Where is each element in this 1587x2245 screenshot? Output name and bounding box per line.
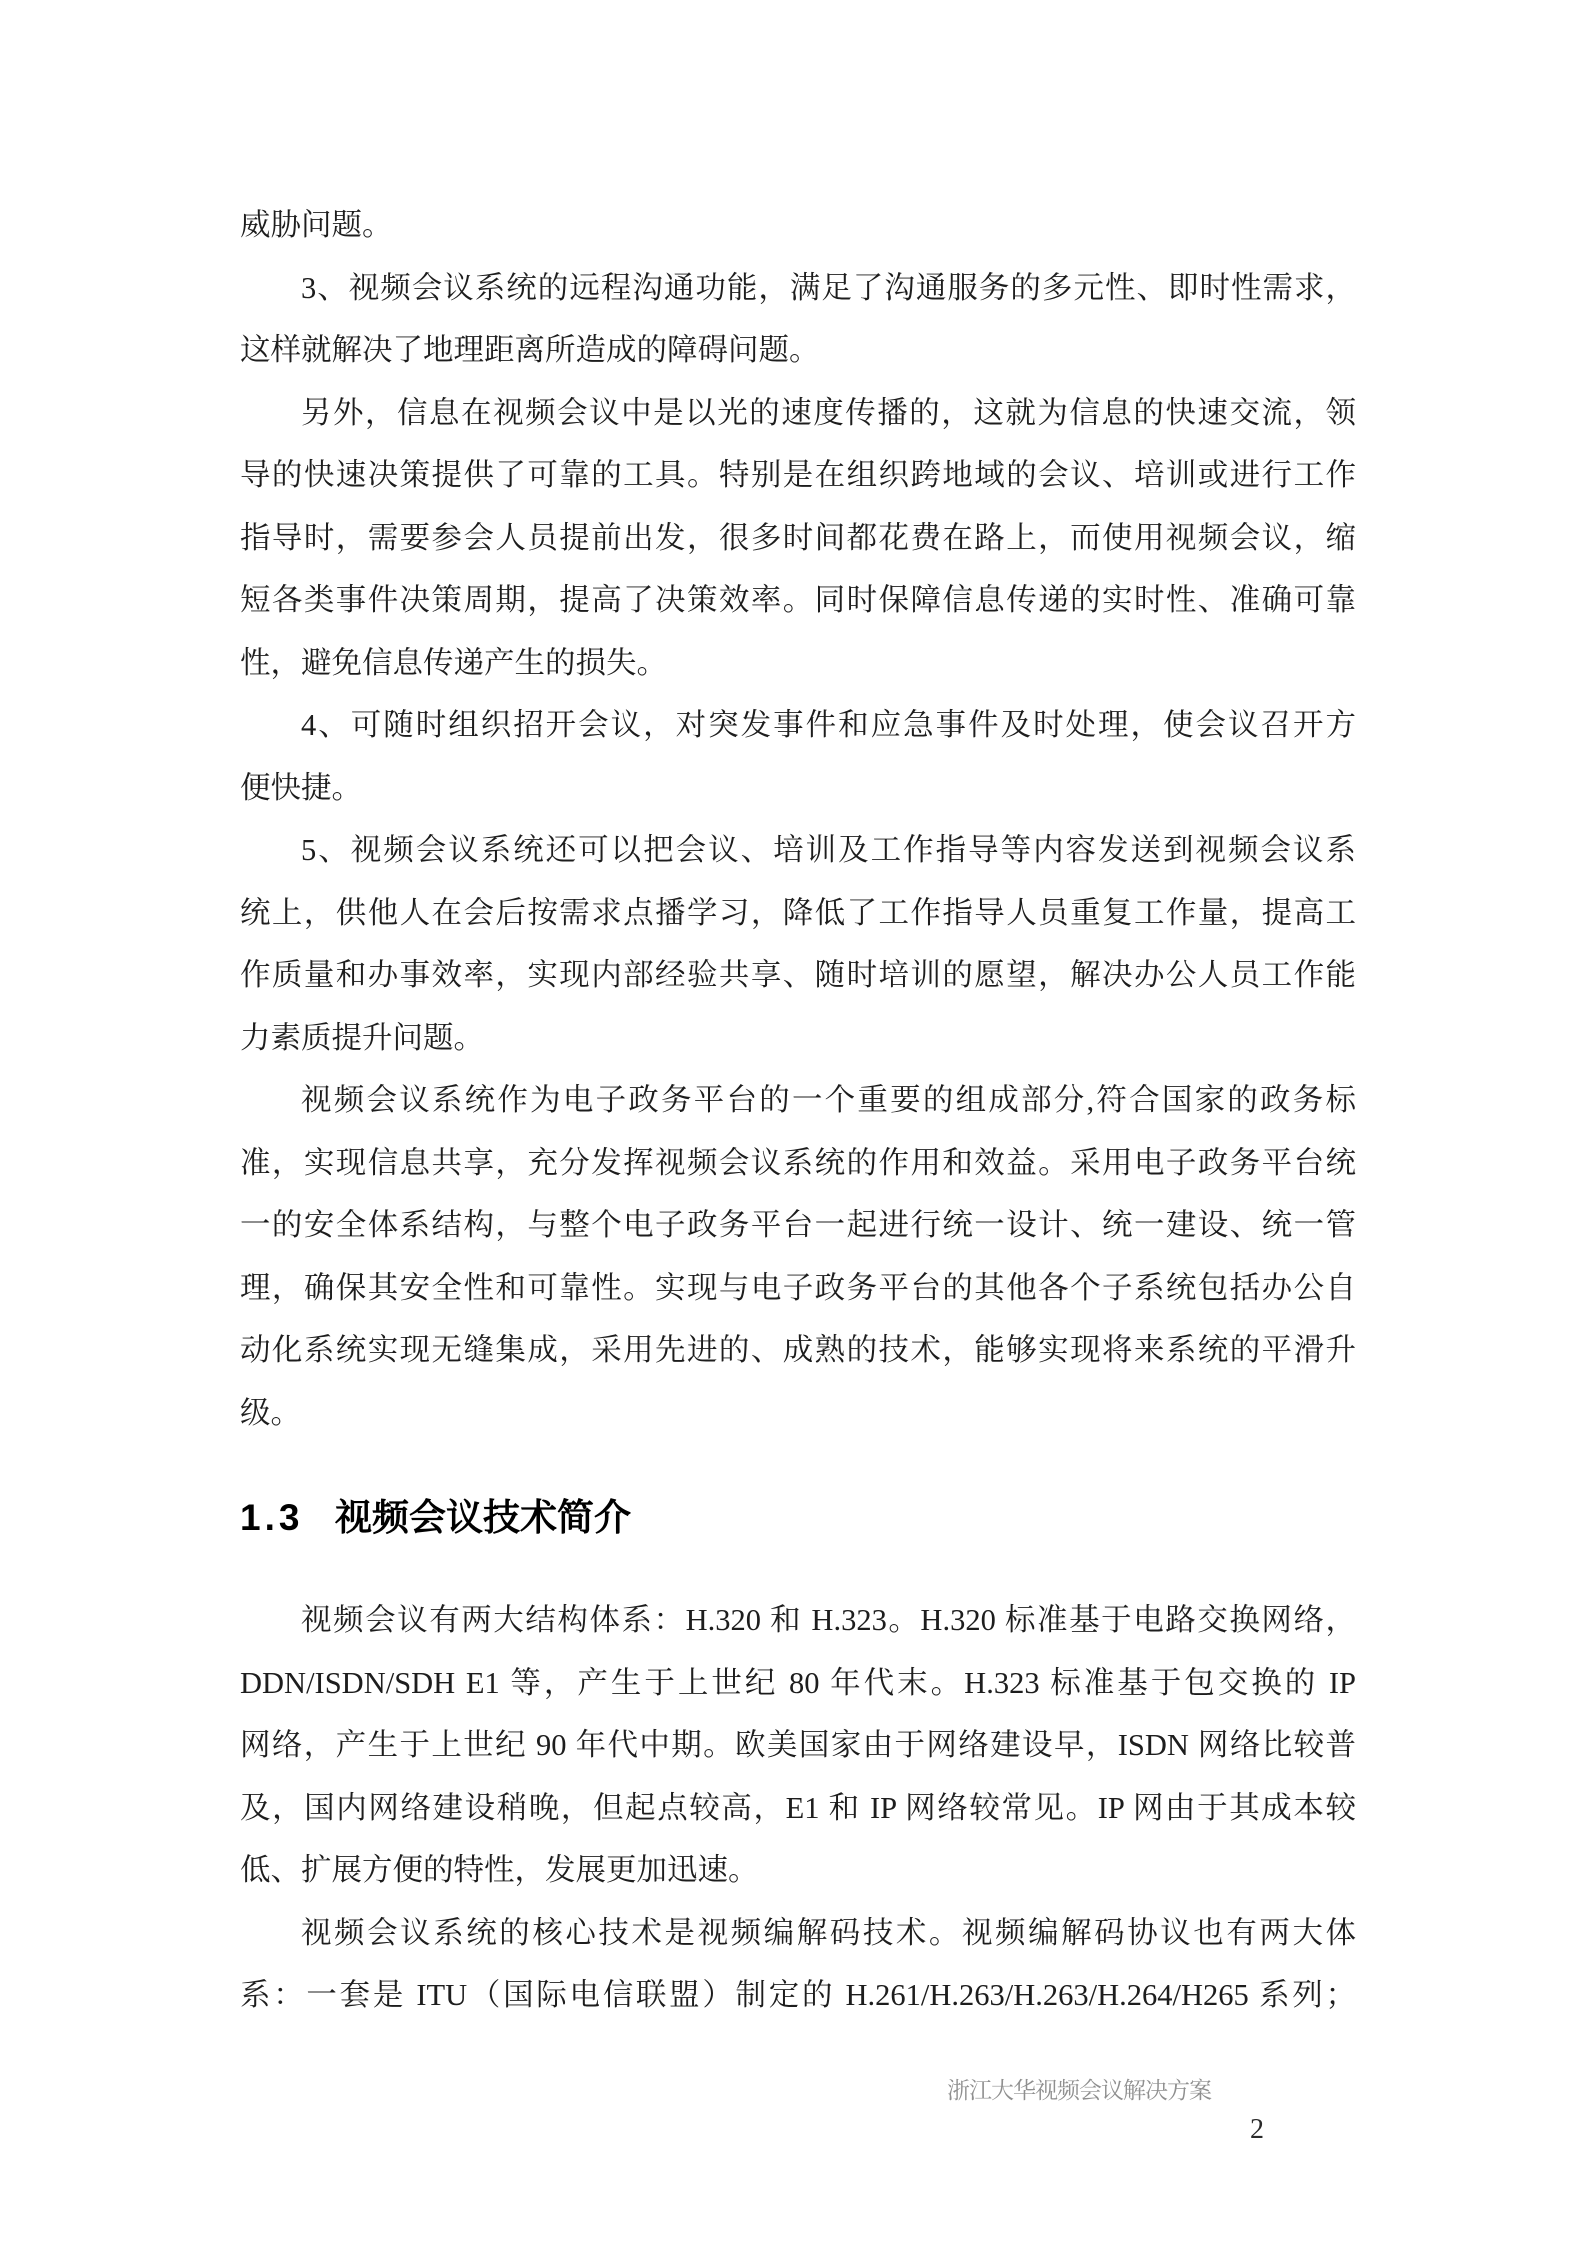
text-line: 5、视频会议系统还可以把会议、培训及工作指导等内容发送到视频会议系 — [240, 819, 1356, 882]
text-line: 性，避免信息传递产生的损失。 — [240, 632, 1356, 695]
text-line: 低、扩展方便的特性，发展更加迅速。 — [240, 1839, 1356, 1902]
body-text-section-1: 威胁问题。3、视频会议系统的远程沟通功能，满足了沟通服务的多元性、即时性需求，这… — [240, 194, 1356, 1444]
text-line: 及，国内网络建设稍晚，但起点较高，E1 和 IP 网络较常见。IP 网由于其成本… — [240, 1777, 1356, 1840]
text-line: 网络，产生于上世纪 90 年代中期。欧美国家由于网络建设早，ISDN 网络比较普 — [240, 1714, 1356, 1777]
text-line: 3、视频会议系统的远程沟通功能，满足了沟通服务的多元性、即时性需求， — [240, 257, 1356, 320]
text-line: 视频会议系统作为电子政务平台的一个重要的组成部分,符合国家的政务标 — [240, 1069, 1356, 1132]
text-line: 导的快速决策提供了可靠的工具。特别是在组织跨地域的会议、培训或进行工作 — [240, 444, 1356, 507]
heading-number: 1.3 — [240, 1487, 335, 1549]
text-line: 理，确保其安全性和可靠性。实现与电子政务平台的其他各个子系统包括办公自 — [240, 1257, 1356, 1320]
text-line: 视频会议有两大结构体系：H.320 和 H.323。H.320 标准基于电路交换… — [240, 1589, 1356, 1652]
heading-title: 视频会议技术简介 — [335, 1497, 631, 1538]
text-line: 作质量和办事效率，实现内部经验共享、随时培训的愿望，解决办公人员工作能 — [240, 944, 1356, 1007]
text-line: 威胁问题。 — [240, 194, 1356, 257]
text-line: 指导时，需要参会人员提前出发，很多时间都花费在路上，而使用视频会议，缩 — [240, 507, 1356, 570]
section-heading: 1.3视频会议技术简介 — [240, 1487, 1356, 1549]
text-line: 这样就解决了地理距离所造成的障碍问题。 — [240, 319, 1356, 382]
text-line: 准，实现信息共享，充分发挥视频会议系统的作用和效益。采用电子政务平台统 — [240, 1132, 1356, 1195]
text-line: 动化系统实现无缝集成，采用先进的、成熟的技术，能够实现将来系统的平滑升 — [240, 1319, 1356, 1382]
text-line: 另外，信息在视频会议中是以光的速度传播的，这就为信息的快速交流，领 — [240, 382, 1356, 445]
body-text-section-2: 视频会议有两大结构体系：H.320 和 H.323。H.320 标准基于电路交换… — [240, 1589, 1356, 2027]
page-number: 2 — [1250, 2113, 1264, 2147]
text-line: 统上，供他人在会后按需求点播学习，降低了工作指导人员重复工作量，提高工 — [240, 882, 1356, 945]
text-line: 力素质提升问题。 — [240, 1007, 1356, 1070]
text-line: 一的安全体系结构，与整个电子政务平台一起进行统一设计、统一建设、统一管 — [240, 1194, 1356, 1257]
text-line: 便快捷。 — [240, 757, 1356, 820]
text-line: 级。 — [240, 1382, 1356, 1445]
text-line: 视频会议系统的核心技术是视频编解码技术。视频编解码协议也有两大体 — [240, 1902, 1356, 1965]
text-line: 系：一套是 ITU（国际电信联盟）制定的 H.261/H.263/H.263/H… — [240, 1964, 1356, 2027]
text-line: 4、可随时组织招开会议，对突发事件和应急事件及时处理，使会议召开方 — [240, 694, 1356, 757]
text-line: 短各类事件决策周期，提高了决策效率。同时保障信息传递的实时性、准确可靠 — [240, 569, 1356, 632]
text-line: DDN/ISDN/SDH E1 等，产生于上世纪 80 年代末。H.323 标准… — [240, 1652, 1356, 1715]
document-page: 威胁问题。3、视频会议系统的远程沟通功能，满足了沟通服务的多元性、即时性需求，这… — [0, 0, 1587, 2245]
footer-text: 浙江大华视频会议解决方案 — [947, 2076, 1211, 2106]
